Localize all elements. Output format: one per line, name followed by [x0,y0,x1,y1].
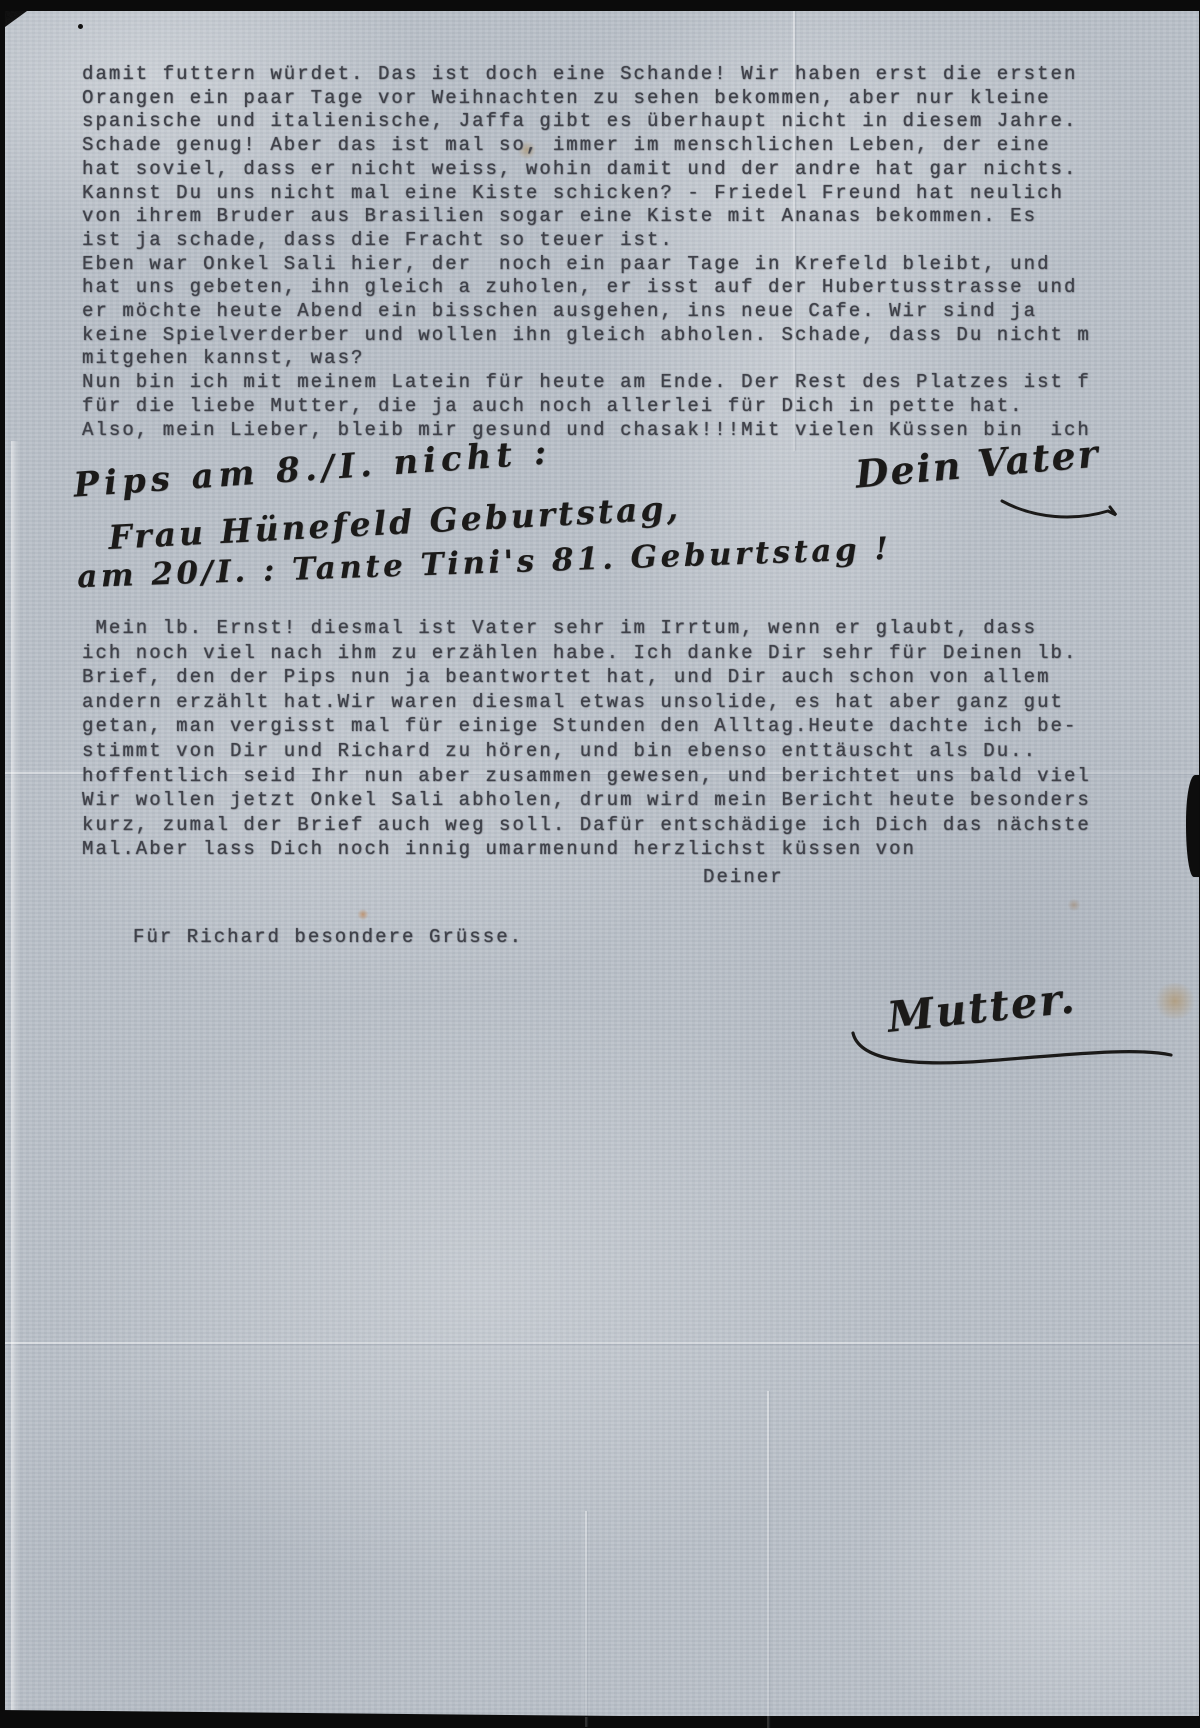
paper-edge-highlight [11,441,19,1716]
typed-line: Für Richard besondere Grüsse. [133,926,523,948]
typed-line: für die liebe Mutter, die ja auch noch a… [82,395,1091,419]
typed-line: Brief, den der Pips nun ja beantwortet h… [82,665,1091,690]
scan-edge-tear [1186,775,1199,877]
typed-line: Nun bin ich mit meinem Latein für heute … [82,371,1091,395]
stain [357,909,369,920]
typed-line: von ihrem Bruder aus Brasilien sogar ein… [82,205,1091,229]
handwritten-note-line-1: Pips am 8./I. nicht : [72,432,552,505]
typed-line: Mal.Aber lass Dich noch innig umarmenund… [82,837,1091,862]
crease-line [585,1511,587,1727]
typed-line: mitgehen kannst, was? [82,347,1091,371]
typed-line: spanische und italienische, Jaffa gibt e… [82,110,1091,134]
mother-signature: Mutter. [885,973,1079,1042]
typed-line: hat uns gebeten, ihn gleich a zuholen, e… [82,276,1091,300]
typed-closing-word: Deiner [703,866,784,888]
stain [1153,983,1197,1019]
typed-paragraph-father: damit futtern würdet. Das ist doch eine … [82,63,1091,442]
crease-line [767,1391,769,1728]
stain [1067,899,1081,911]
letter-scan: damit futtern würdet. Das ist doch eine … [0,0,1200,1728]
typed-line: ich noch viel nach ihm zu erzählen habe.… [82,641,1091,666]
typed-line: Also, mein Lieber, bleib mir gesund und … [82,419,1091,443]
typed-line: andern erzählt hat.Wir waren diesmal etw… [82,690,1091,715]
typed-paragraph-mother: Mein lb. Ernst! diesmal ist Vater sehr i… [82,616,1091,862]
typed-line: kurz, zumal der Brief auch weg soll. Daf… [82,813,1091,838]
typed-line: Wir wollen jetzt Onkel Sali abholen, dru… [82,788,1091,813]
typed-line: Schade genug! Aber das ist mal so, immer… [82,134,1091,158]
typed-line: getan, man vergisst mal für einige Stund… [82,714,1091,739]
typed-line: Orangen ein paar Tage vor Weihnachten zu… [82,87,1091,111]
typed-line: Mein lb. Ernst! diesmal ist Vater sehr i… [82,616,1091,641]
typed-line: stimmt von Dir und Richard zu hören, und… [82,739,1091,764]
crease-line [5,1342,1199,1344]
typed-line: hoffentlich seid Ihr nun aber zusammen g… [82,764,1091,789]
typed-line: damit futtern würdet. Das ist doch eine … [82,63,1091,87]
typed-line: Deiner [703,866,784,888]
typed-line: Eben war Onkel Sali hier, der noch ein p… [82,253,1091,277]
typed-line: keine Spielverderber und wollen ihn glei… [82,324,1091,348]
typed-postscript: Für Richard besondere Grüsse. [133,926,523,948]
paper-sheet: damit futtern würdet. Das ist doch eine … [5,11,1199,1716]
typed-line: Kannst Du uns nicht mal eine Kiste schic… [82,182,1091,206]
typed-line: hat soviel, dass er nicht weiss, wohin d… [82,158,1091,182]
typed-line: ist ja schade, dass die Fracht so teuer … [82,229,1091,253]
father-signature-flourish [1000,489,1130,529]
typed-line: er möchte heute Abend ein bisschen ausge… [82,300,1091,324]
ink-speck [78,24,83,29]
